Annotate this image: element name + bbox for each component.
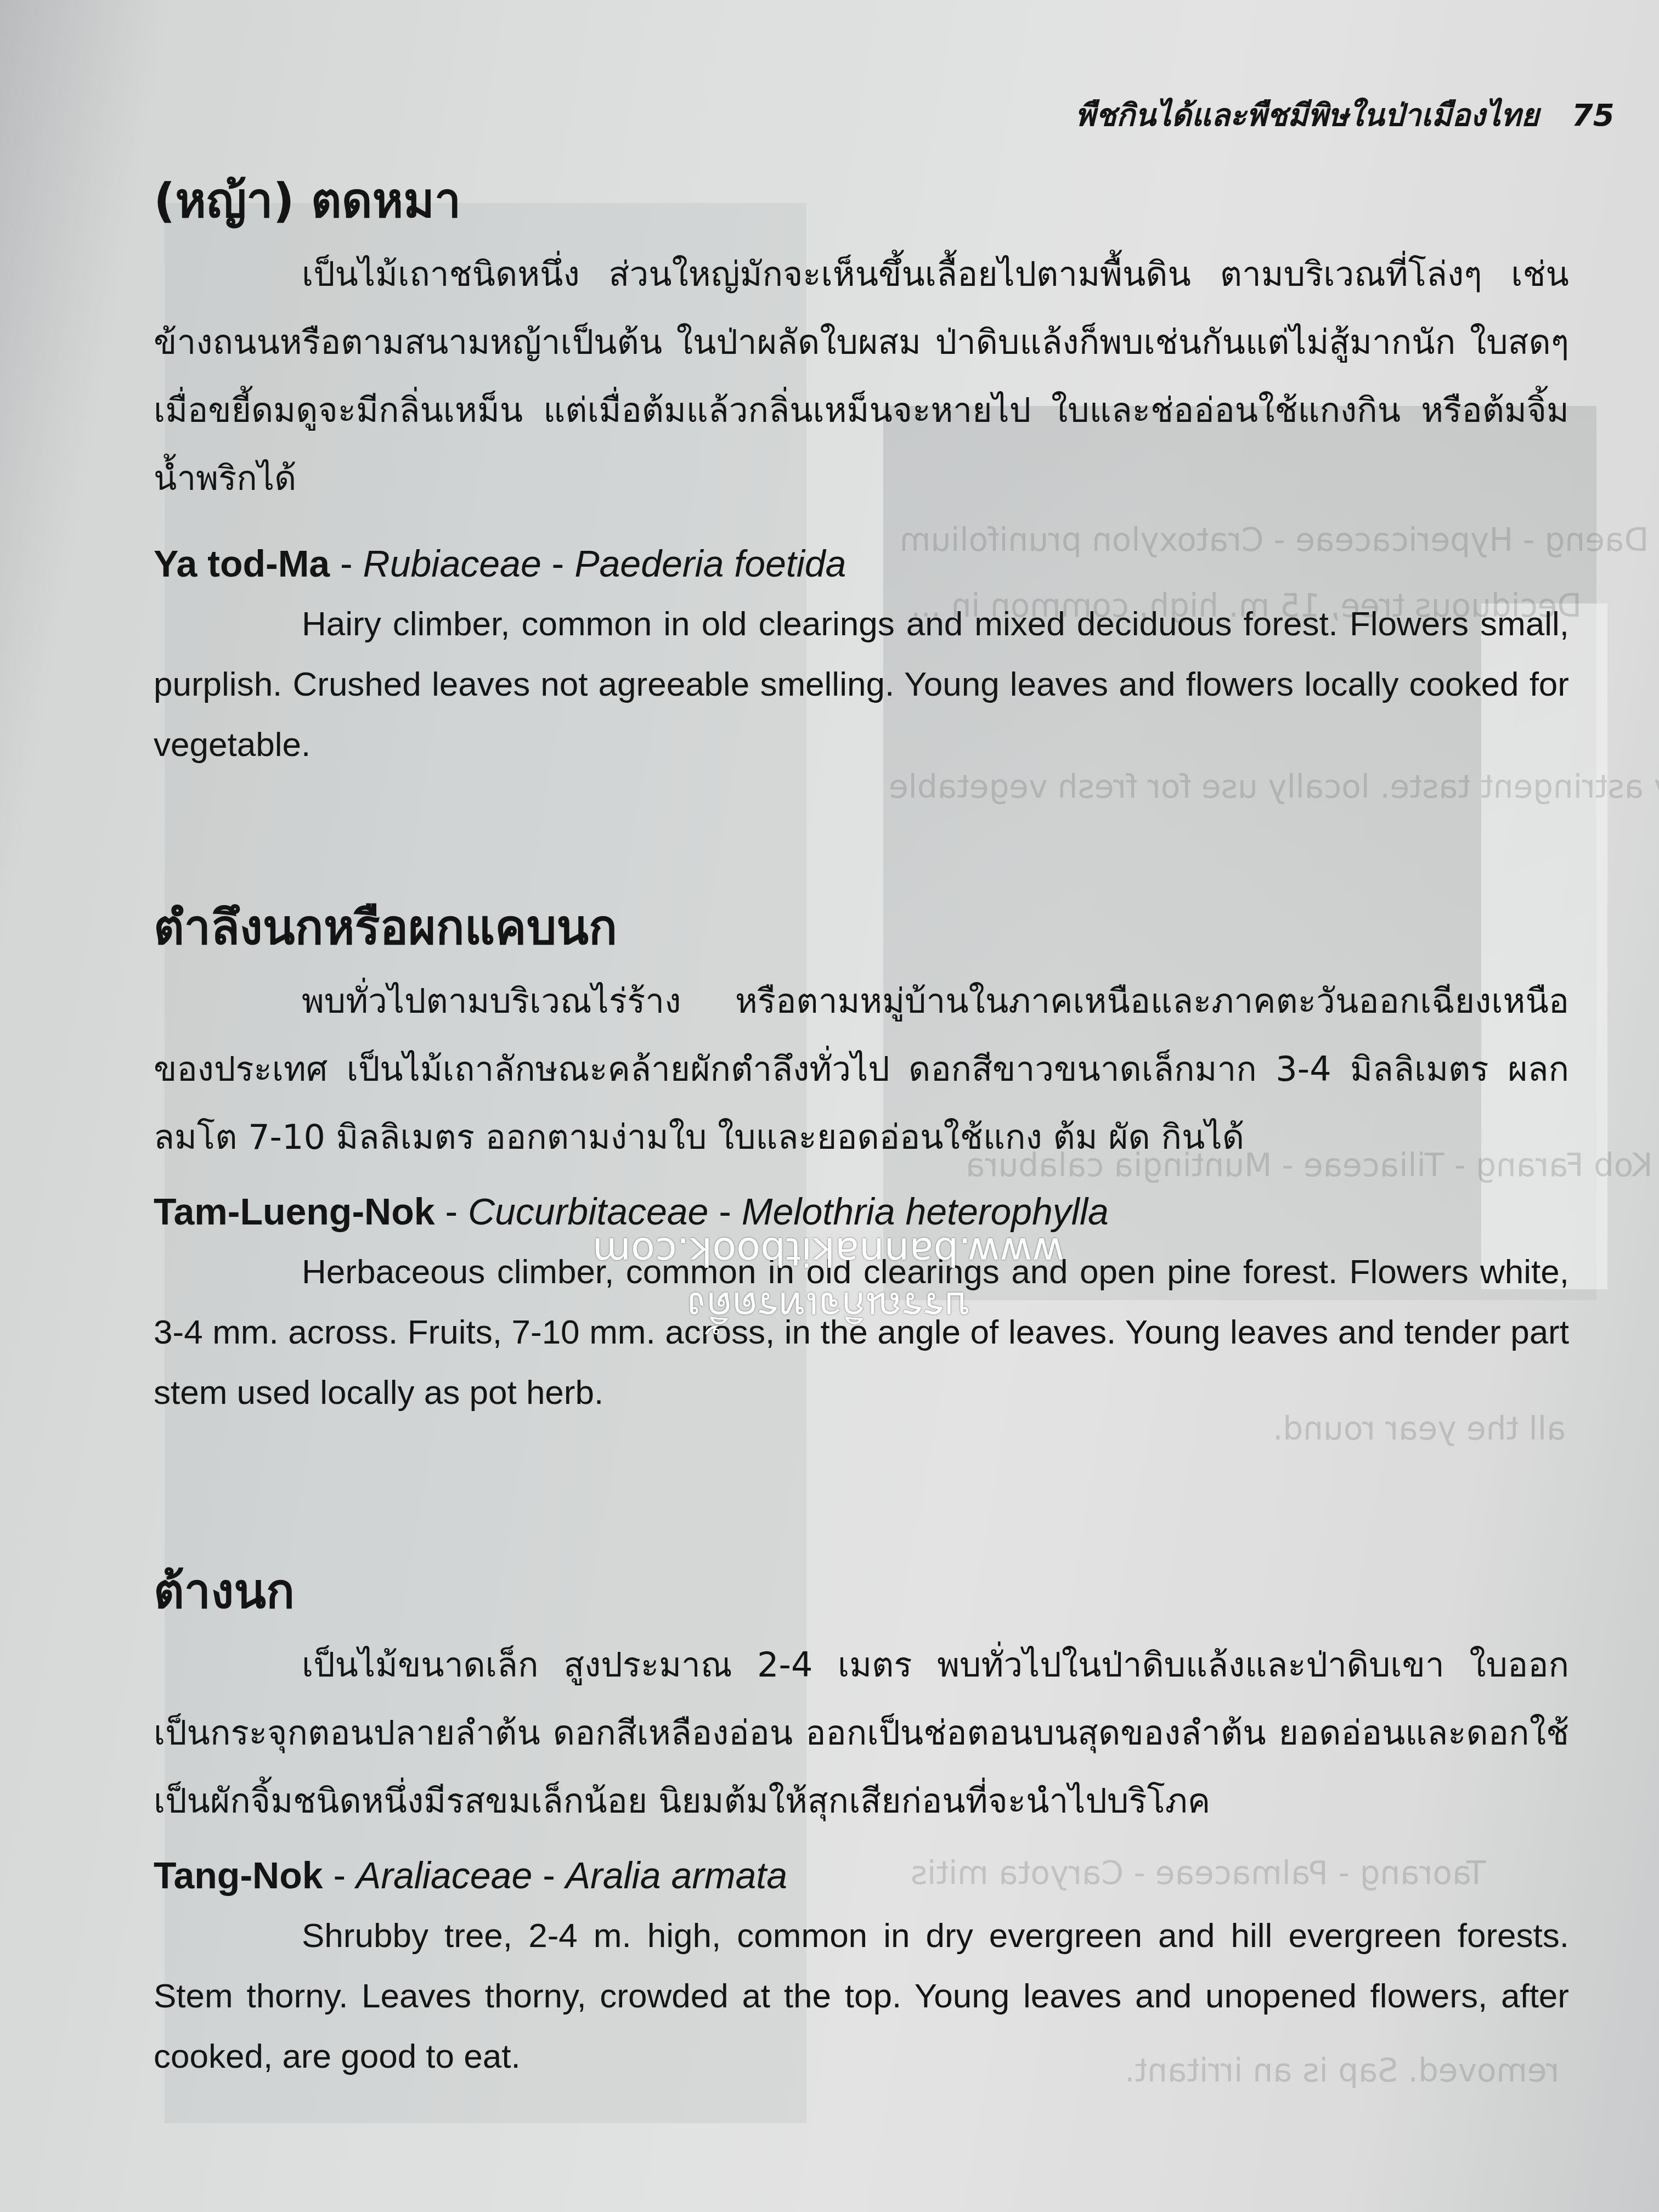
common-name: Tang-Nok — [154, 1855, 323, 1897]
book-page: Tiew Daeng - Hypericaceae - Cratoxylon p… — [0, 0, 1659, 2212]
common-name: Ya tod-Ma — [154, 543, 330, 585]
watermark-name: บรรณกิจเทรดดิ้ง — [565, 1275, 1092, 1338]
common-name: Tam-Lueng-Nok — [154, 1191, 435, 1233]
plant-entry: ต้างนก เป็นไม้ขนาดเล็ก สูงประมาณ 2-4 เมต… — [154, 1564, 1569, 2087]
watermark-url: www.bannakitbook.com — [565, 1229, 1092, 1275]
family-name: Cucurbitaceae — [468, 1191, 708, 1233]
thai-plant-name: (หญ้า) ตดหมา — [154, 173, 1569, 229]
english-description: Hairy climber, common in old clearings a… — [154, 594, 1569, 775]
species-name: Paederia foetida — [574, 543, 846, 585]
species-name: Melothria heterophylla — [742, 1191, 1109, 1233]
thai-plant-name: ตำลึงนกหรือผกแคบนก — [154, 900, 1569, 956]
running-header: พืชกินได้และพืชมีพิษในป่าเมืองไทย 75 — [1075, 91, 1615, 139]
family-name: Araliaceae — [356, 1855, 532, 1897]
thai-description: เป็นไม้เถาชนิดหนึ่ง ส่วนใหญ่มักจะเห็นขึ้… — [154, 240, 1569, 512]
plant-entry: ตำลึงนกหรือผกแคบนก พบทั่วไปตามบริเวณไร่ร… — [154, 900, 1569, 1423]
family-name: Rubiaceae — [363, 543, 541, 585]
species-name: Aralia armata — [566, 1855, 787, 1897]
page-number: 75 — [1572, 98, 1615, 133]
scientific-name-line: Tang-Nok - Araliaceae - Aralia armata — [154, 1852, 1569, 1900]
scientific-name-line: Ya tod-Ma - Rubiaceae - Paederia foetida — [154, 540, 1569, 588]
book-title: พืชกินได้และพืชมีพิษในป่าเมืองไทย — [1075, 98, 1539, 133]
thai-description: เป็นไม้ขนาดเล็ก สูงประมาณ 2-4 เมตร พบทั่… — [154, 1631, 1569, 1835]
thai-plant-name: ต้างนก — [154, 1564, 1569, 1620]
watermark: บรรณกิจเทรดดิ้ง www.bannakitbook.com — [565, 1229, 1092, 1344]
english-description: Shrubby tree, 2-4 m. high, common in dry… — [154, 1906, 1569, 2087]
plant-entry: (หญ้า) ตดหมา เป็นไม้เถาชนิดหนึ่ง ส่วนใหญ… — [154, 173, 1569, 775]
thai-description: พบทั่วไปตามบริเวณไร่ร้าง หรือตามหมู่บ้าน… — [154, 967, 1569, 1171]
